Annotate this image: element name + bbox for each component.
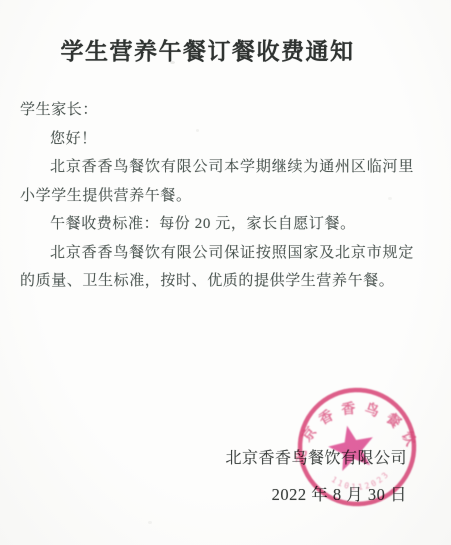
greeting: 您好！ — [20, 125, 414, 154]
scan-artifact — [388, 197, 392, 200]
scan-artifact — [170, 61, 175, 64]
notice-body: 学生家长： 您好！ 北京香香鸟餐饮有限公司本学期继续为通州区临河里小学学生提供营… — [20, 96, 414, 296]
seal-svg: 北京香香鸟餐饮有限公司 1101120238768 — [293, 383, 421, 511]
paragraph-lunch-provider: 北京香香鸟餐饮有限公司本学期继续为通州区临河里小学学生提供营养午餐。 — [20, 153, 414, 210]
company-seal-stamp: 北京香香鸟餐饮有限公司 1101120238768 — [293, 383, 421, 511]
scanned-notice-page: 学生营养午餐订餐收费通知 学生家长： 您好！ 北京香香鸟餐饮有限公司本学期继续为… — [0, 0, 451, 545]
paragraph-fee-standard: 午餐收费标准：每份 20 元，家长自愿订餐。 — [20, 210, 414, 239]
scan-artifact — [196, 129, 199, 132]
seal-star-icon — [325, 421, 379, 473]
paragraph-quality-promise: 北京香香鸟餐饮有限公司保证按照国家及北京市规定的质量、卫生标准，按时、优质的提供… — [20, 239, 414, 296]
scan-artifact — [148, 521, 152, 524]
salutation: 学生家长： — [20, 96, 414, 125]
page-title: 学生营养午餐订餐收费通知 — [0, 33, 415, 66]
